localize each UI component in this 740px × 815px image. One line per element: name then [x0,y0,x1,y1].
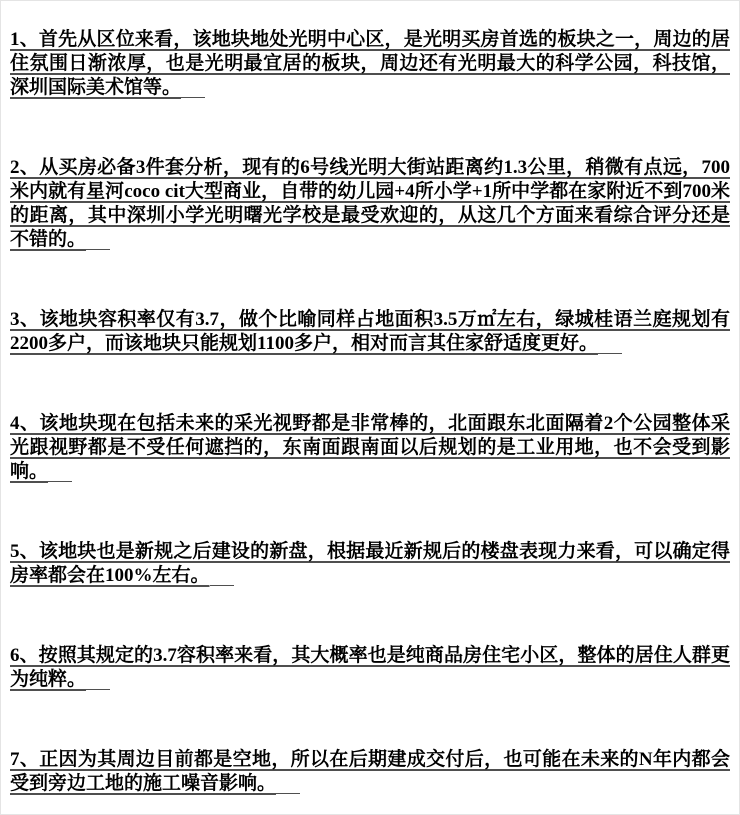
paragraph-7-text: 7、正因为其周边目前都是空地，所以在后期建成交付后，也可能在未来的N年内都会受到… [10,749,730,794]
underline-trail [598,353,622,354]
paragraph-1: 1、首先从区位来看，该地块地处光明中心区，是光明买房首选的板块之一，周边的居住氛… [10,28,730,100]
underline-trail [48,481,72,482]
underline-trail [86,689,110,690]
paragraph-5: 5、该地块也是新规之后建设的新盘，根据最近新规后的楼盘表现力来看，可以确定得房率… [10,540,730,588]
paragraph-1-text: 1、首先从区位来看，该地块地处光明中心区，是光明买房首选的板块之一，周边的居住氛… [10,29,730,98]
paragraph-6-text: 6、按照其规定的3.7容积率来看，其大概率也是纯商品房住宅小区，整体的居住人群更… [10,645,730,690]
paragraph-3-text: 3、该地块容积率仅有3.7，做个比喻同样占地面积3.5万㎡左右，绿城桂语兰庭规划… [10,309,730,354]
paragraph-4-text: 4、该地块现在包括未来的采光视野都是非常棒的，北面跟东北面隔着2个公园整体采光跟… [10,413,730,482]
paragraph-6: 6、按照其规定的3.7容积率来看，其大概率也是纯商品房住宅小区，整体的居住人群更… [10,644,730,692]
paragraph-7: 7、正因为其周边目前都是空地，所以在后期建成交付后，也可能在未来的N年内都会受到… [10,748,730,796]
paragraph-3: 3、该地块容积率仅有3.7，做个比喻同样占地面积3.5万㎡左右，绿城桂语兰庭规划… [10,308,730,356]
underline-trail [276,793,300,794]
paragraph-4: 4、该地块现在包括未来的采光视野都是非常棒的，北面跟东北面隔着2个公园整体采光跟… [10,412,730,484]
underline-trail [210,585,234,586]
document-page: 1、首先从区位来看，该地块地处光明中心区，是光明买房首选的板块之一，周边的居住氛… [0,0,740,815]
underline-trail [86,249,110,250]
paragraph-2: 2、从买房必备3件套分析，现有的6号线光明大街站距离约1.3公里，稍微有点远，7… [10,156,730,252]
paragraph-2-text: 2、从买房必备3件套分析，现有的6号线光明大街站距离约1.3公里，稍微有点远，7… [10,157,730,250]
underline-trail [181,97,205,98]
paragraph-5-text: 5、该地块也是新规之后建设的新盘，根据最近新规后的楼盘表现力来看，可以确定得房率… [10,541,730,586]
